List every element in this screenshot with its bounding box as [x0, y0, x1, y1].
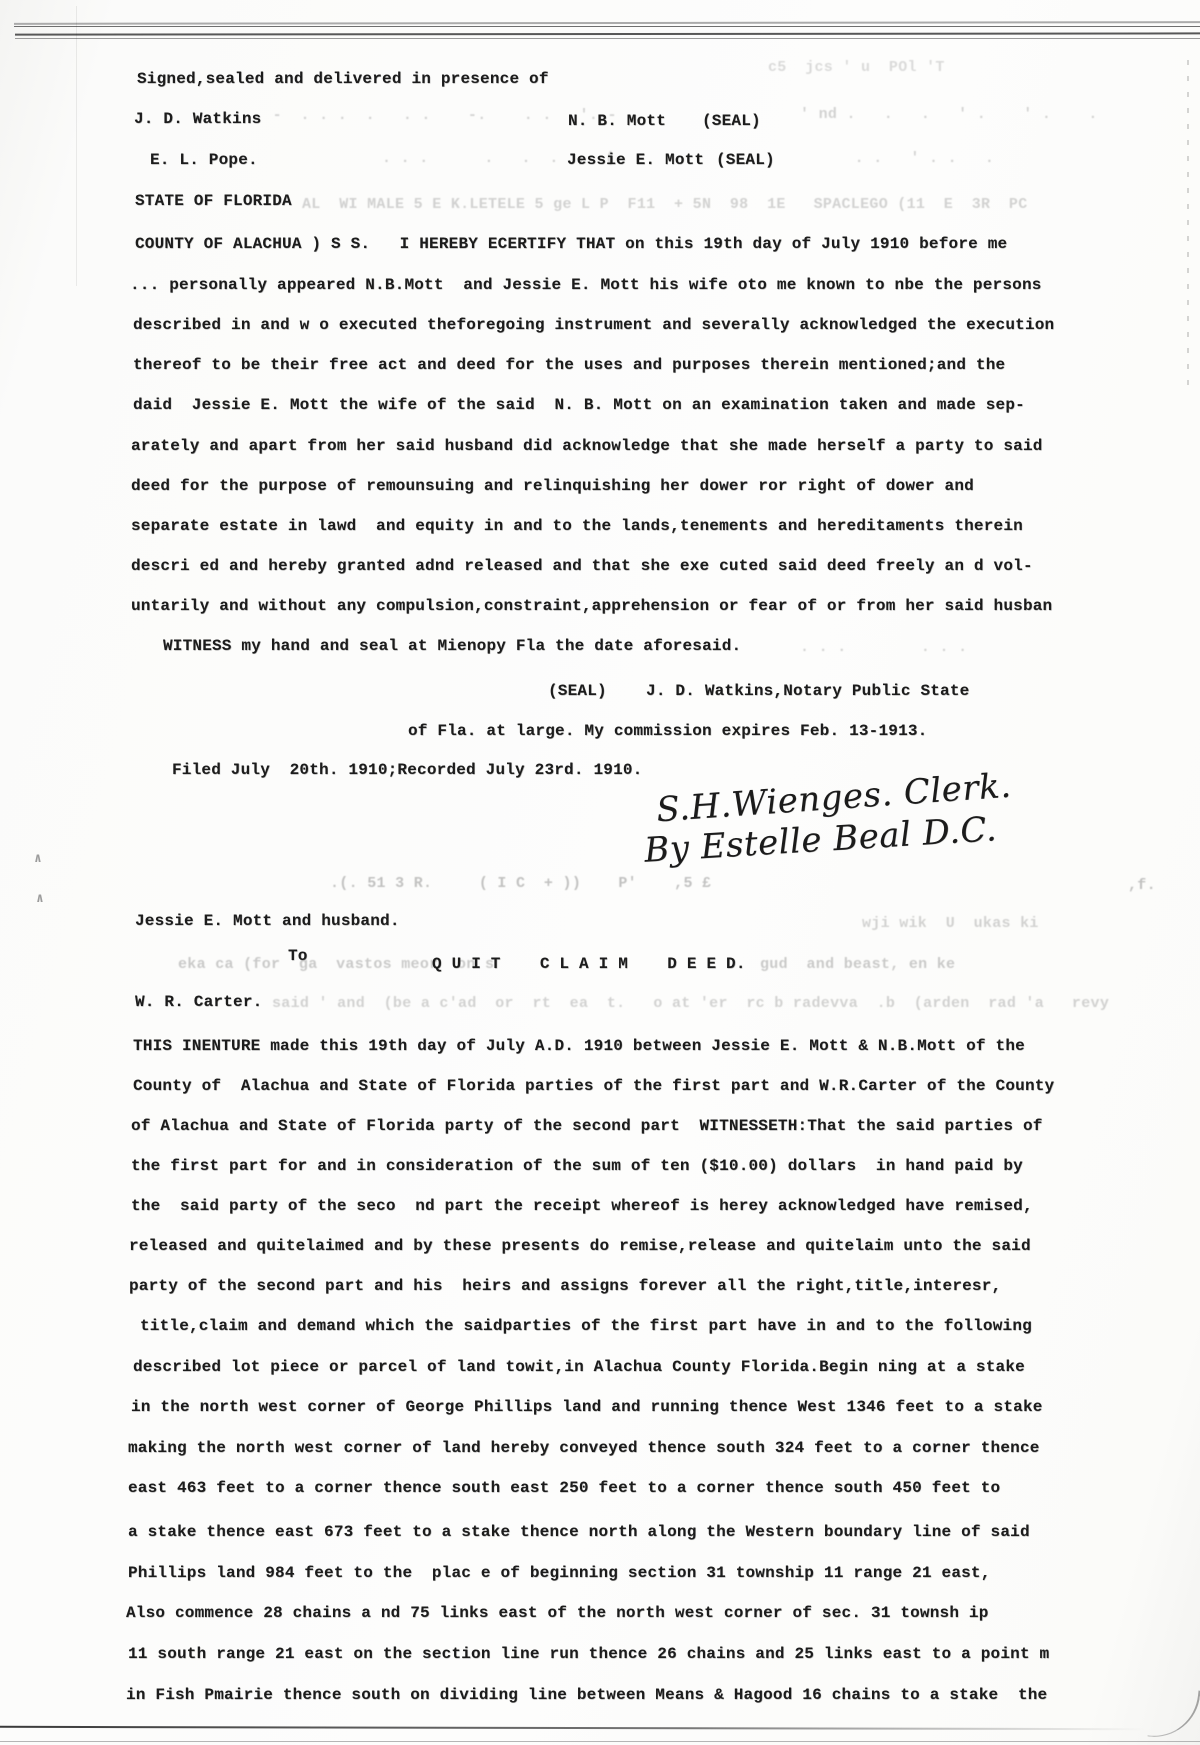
caption-title: Q U I T C L A I M D E E D. [432, 955, 746, 973]
deed-line: title,claim and demand which the saidpar… [140, 1317, 1032, 1335]
grantor-signature: Jessie E. Mott [567, 151, 704, 169]
filing-line: Filed July 20th. 1910;Recorded July 23rd… [172, 761, 642, 779]
bleed-artifact: gud and beast, en ke [760, 957, 955, 974]
ack-line: COUNTY OF ALACHUA ) S S. I HEREBY ECERTI… [135, 235, 1007, 253]
bleed-artifact: .(. 51 3 R. ( I C + )) P' ,5 £ [330, 876, 711, 893]
witness-name: J. D. Watkins [134, 110, 261, 128]
deed-line: party of the second part and his heirs a… [129, 1277, 1001, 1295]
ack-line: WITNESS my hand and seal at Mienopy Fla … [163, 637, 741, 655]
seal-label: (SEAL) [716, 151, 775, 169]
scan-line-artifact [14, 21, 1200, 25]
deed-line: Also commence 28 chains a nd 75 links ea… [126, 1604, 989, 1622]
scan-line-artifact [15, 32, 1200, 35]
witness-heading: Signed,sealed and delivered in presence … [137, 70, 549, 88]
bleed-artifact: wji wik U ukas ki [862, 916, 1039, 933]
bleed-artifact: AL WI MALE 5 E K.LETELE 5 ge L P F11 + 5… [302, 197, 1028, 214]
grantor-signature: N. B. Mott [568, 112, 666, 130]
deed-line: released and quitelaimed and by these pr… [129, 1237, 1031, 1255]
scan-line-artifact [0, 1741, 1200, 1742]
deed-line: Phillips land 984 feet to the plac e of … [128, 1564, 991, 1582]
paper-edge-artifact [1187, 60, 1189, 390]
bleed-artifact: c5 jcs ' u POl 'T [768, 60, 945, 77]
page-curl-artifact [1147, 1686, 1200, 1742]
deed-line: a stake thence east 673 feet to a stake … [128, 1523, 1030, 1541]
deed-line: in the north west corner of George Phill… [131, 1398, 1043, 1416]
bleed-artifact: . - . . . . . . -. . . '. - [254, 108, 617, 125]
scanned-document-page: Signed,sealed and delivered in presence … [0, 0, 1200, 1745]
scan-line-artifact [15, 38, 1200, 39]
deed-line: of Alachua and State of Florida party of… [131, 1117, 1043, 1135]
ack-line: descri ed and hereby granted adnd releas… [131, 557, 1033, 575]
ack-line: arately and apart from her said husband … [131, 437, 1043, 455]
notary-line: (SEAL) J. D. Watkins,Notary Public State [548, 682, 969, 700]
deed-line: in Fish Pmairie thence south on dividing… [126, 1686, 1047, 1704]
scan-line-artifact [0, 1726, 1145, 1730]
paper-edge-artifact [76, 6, 77, 286]
deed-line: east 463 feet to a corner thence south e… [128, 1479, 1000, 1497]
bleed-artifact: ,f. [1128, 878, 1156, 895]
bleed-artifact: ' nd . . . ' . ' . . [800, 107, 1098, 124]
deed-line: the said party of the seco nd part the r… [131, 1197, 1033, 1215]
ack-line: described in and w o executed theforegoi… [133, 316, 1054, 334]
deed-line: making the north west corner of land her… [128, 1439, 1040, 1457]
margin-mark: ∧ [34, 852, 42, 866]
bleed-artifact: said ' and (be a c'ad or rt ea t. o at '… [272, 996, 1109, 1013]
witness-name: E. L. Pope. [150, 151, 258, 169]
ack-line: daid Jessie E. Mott the wife of the said… [133, 396, 1025, 414]
deed-line: THIS INENTURE made this 19th day of July… [133, 1037, 1025, 1055]
bleed-artifact: . . . . . . [800, 640, 967, 657]
ack-line: separate estate in lawd and equity in an… [131, 517, 1023, 535]
ack-line: thereof to be their free act and deed fo… [133, 356, 1005, 374]
bleed-artifact: . . ' . . . [836, 151, 994, 168]
seal-label: (SEAL) [702, 112, 761, 130]
deed-line: described lot piece or parcel of land to… [133, 1358, 1025, 1376]
ack-line: deed for the purpose of remounsuing and … [131, 477, 974, 495]
notary-line: of Fla. at large. My commission expires … [408, 722, 927, 740]
deed-line: 11 south range 21 east on the section li… [128, 1645, 1049, 1663]
scan-line-artifact [14, 26, 1200, 27]
deed-line: County of Alachua and State of Florida p… [133, 1077, 1054, 1095]
margin-mark: ∧ [36, 892, 44, 906]
deed-line: the first part for and in consideration … [131, 1157, 1023, 1175]
caption-grantee: W. R. Carter. [135, 993, 262, 1011]
caption-grantor: Jessie E. Mott and husband. [135, 912, 400, 930]
state-line: STATE OF FLORIDA [135, 192, 292, 210]
ack-line: ... personally appeared N.B.Mott and Jes… [130, 276, 1042, 294]
ack-line: untarily and without any compulsion,cons… [131, 597, 1052, 615]
